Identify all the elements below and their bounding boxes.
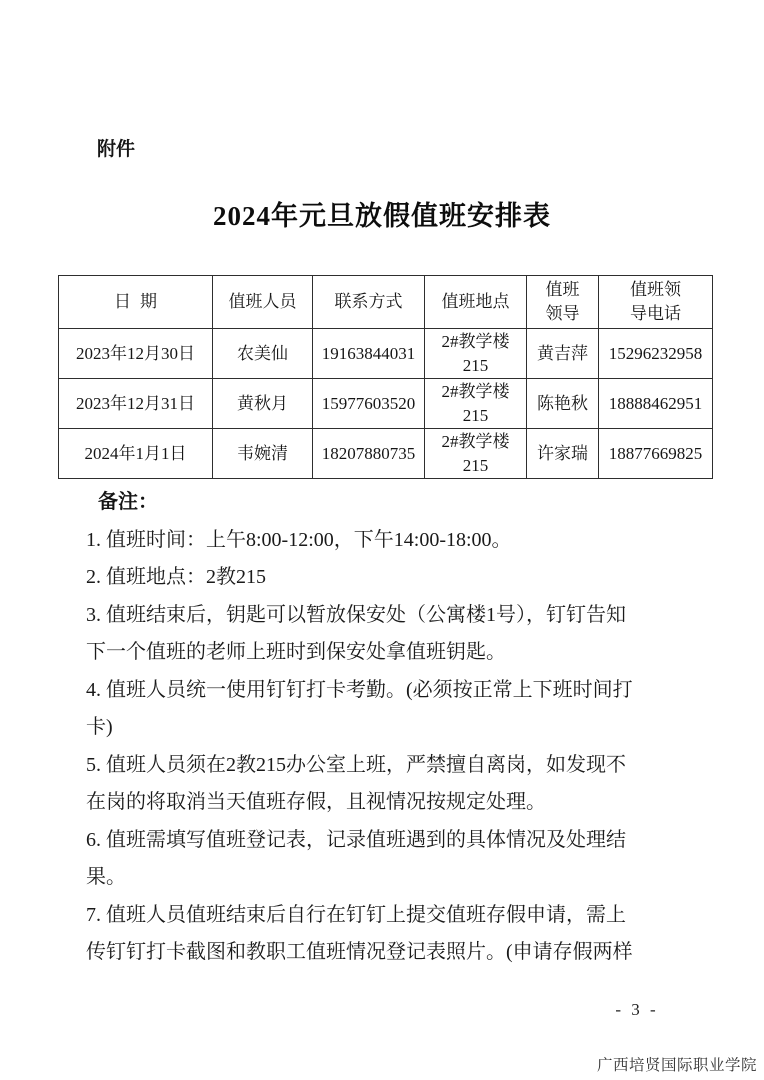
attachment-label: 附件 (97, 134, 135, 161)
page-number: - 3 - (592, 1000, 682, 1020)
cell-leader-phone: 15296232958 (599, 329, 713, 379)
cell-person: 农美仙 (213, 329, 313, 379)
note-item-5: 5. 值班人员须在2教215办公室上班，严禁擅自离岗，如发现不 在岗的将取消当天… (86, 747, 731, 822)
note-item-4: 4. 值班人员统一使用钉钉打卡考勤。(必须按正常上下班时间打 卡) (86, 672, 731, 747)
note-item-6: 6. 值班需填写值班登记表，记录值班遇到的具体情况及处理结 果。 (86, 822, 731, 897)
col-header-contact: 联系方式 (313, 276, 425, 329)
table-row: 2024年1月1日 韦婉清 18207880735 2#教学楼 215 许家瑞 … (59, 429, 713, 479)
col-header-leader-phone: 值班领 导电话 (599, 276, 713, 329)
cell-date: 2023年12月31日 (59, 379, 213, 429)
col-header-date: 日期 (59, 276, 213, 329)
cell-leader: 许家瑞 (527, 429, 599, 479)
document-page: 附件 2024年元旦放假值班安排表 日期 值班人员 联系方式 值班地点 值班 领… (0, 0, 764, 1080)
cell-leader-phone: 18888462951 (599, 379, 713, 429)
cell-contact: 18207880735 (313, 429, 425, 479)
table-row: 2023年12月30日 农美仙 19163844031 2#教学楼 215 黄吉… (59, 329, 713, 379)
cell-contact: 19163844031 (313, 329, 425, 379)
cell-leader: 黄吉萍 (527, 329, 599, 379)
cell-date: 2024年1月1日 (59, 429, 213, 479)
footer-college-name: 广西培贤国际职业学院 (597, 1053, 757, 1075)
notes-heading: 备注： (86, 484, 731, 522)
note-item-1: 1. 值班时间：上午8:00-12:00，下午14:00-18:00。 (86, 522, 731, 560)
page-title: 2024年元旦放假值班安排表 (0, 194, 764, 233)
cell-person: 韦婉清 (213, 429, 313, 479)
cell-date: 2023年12月30日 (59, 329, 213, 379)
cell-leader-phone: 18877669825 (599, 429, 713, 479)
duty-schedule-table: 日期 值班人员 联系方式 值班地点 值班 领导 值班领 导电话 2023年12月… (58, 275, 713, 479)
table-header-row: 日期 值班人员 联系方式 值班地点 值班 领导 值班领 导电话 (59, 276, 713, 329)
col-header-leader: 值班 领导 (527, 276, 599, 329)
cell-person: 黄秋月 (213, 379, 313, 429)
cell-location: 2#教学楼 215 (425, 379, 527, 429)
cell-contact: 15977603520 (313, 379, 425, 429)
note-item-3: 3. 值班结束后，钥匙可以暂放保安处（公寓楼1号），钉钉告知 下一个值班的老师上… (86, 597, 731, 672)
table-row: 2023年12月31日 黄秋月 15977603520 2#教学楼 215 陈艳… (59, 379, 713, 429)
notes-section: 备注： 1. 值班时间：上午8:00-12:00，下午14:00-18:00。 … (86, 484, 731, 972)
cell-leader: 陈艳秋 (527, 379, 599, 429)
cell-location: 2#教学楼 215 (425, 329, 527, 379)
cell-location: 2#教学楼 215 (425, 429, 527, 479)
note-item-7: 7. 值班人员值班结束后自行在钉钉上提交值班存假申请，需上 传钉钉打卡截图和教职… (86, 897, 731, 972)
col-header-person: 值班人员 (213, 276, 313, 329)
col-header-location: 值班地点 (425, 276, 527, 329)
note-item-2: 2. 值班地点：2教215 (86, 559, 731, 597)
